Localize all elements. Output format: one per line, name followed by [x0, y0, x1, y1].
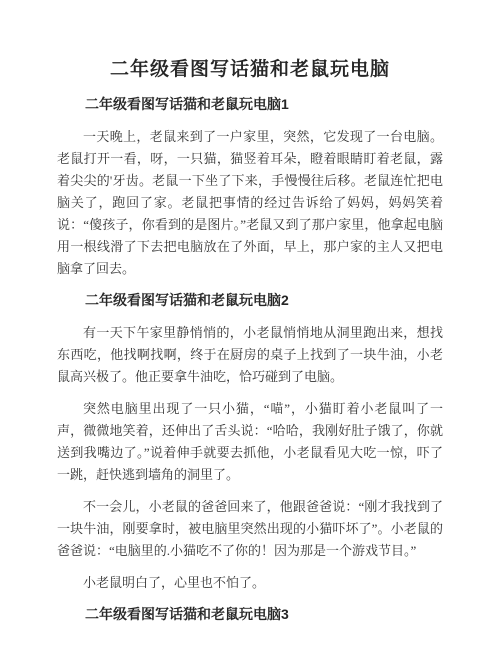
section-2-heading: 二年级看图写话猫和老鼠玩电脑2 — [57, 290, 443, 310]
document-page: 二年级看图写话猫和老鼠玩电脑 二年级看图写话猫和老鼠玩电脑1 一天晚上，老鼠来到… — [0, 0, 500, 647]
paragraph: 有一天下午家里静悄悄的，小老鼠悄悄地从洞里跑出来，想找东西吃，他找啊找啊，终于在… — [57, 322, 443, 388]
section-3-heading: 二年级看图写话猫和老鼠玩电脑3 — [57, 604, 443, 624]
section-1-heading: 二年级看图写话猫和老鼠玩电脑1 — [57, 94, 443, 114]
page-title: 二年级看图写话猫和老鼠玩电脑 — [57, 58, 443, 82]
section-1: 二年级看图写话猫和老鼠玩电脑1 一天晚上，老鼠来到了一户家里，突然，它发现了一台… — [57, 94, 443, 280]
section-2: 二年级看图写话猫和老鼠玩电脑2 有一天下午家里静悄悄的，小老鼠悄悄地从洞里跑出来… — [57, 290, 443, 594]
paragraph: 一天晚上，老鼠来到了一户家里，突然，它发现了一台电脑。老鼠打开一看，呀，一只猫，… — [57, 126, 443, 280]
paragraph: 小老鼠明白了，心里也不怕了。 — [57, 572, 443, 594]
section-3: 二年级看图写话猫和老鼠玩电脑3 — [57, 604, 443, 624]
paragraph: 突然电脑里出现了一只小猫，“喵”，小猫盯着小老鼠叫了一声，微微地笑着，还伸出了舌… — [57, 398, 443, 486]
paragraph: 不一会儿，小老鼠的爸爸回来了，他跟爸爸说：“刚才我找到了一块牛油，刚要拿时，被电… — [57, 496, 443, 562]
